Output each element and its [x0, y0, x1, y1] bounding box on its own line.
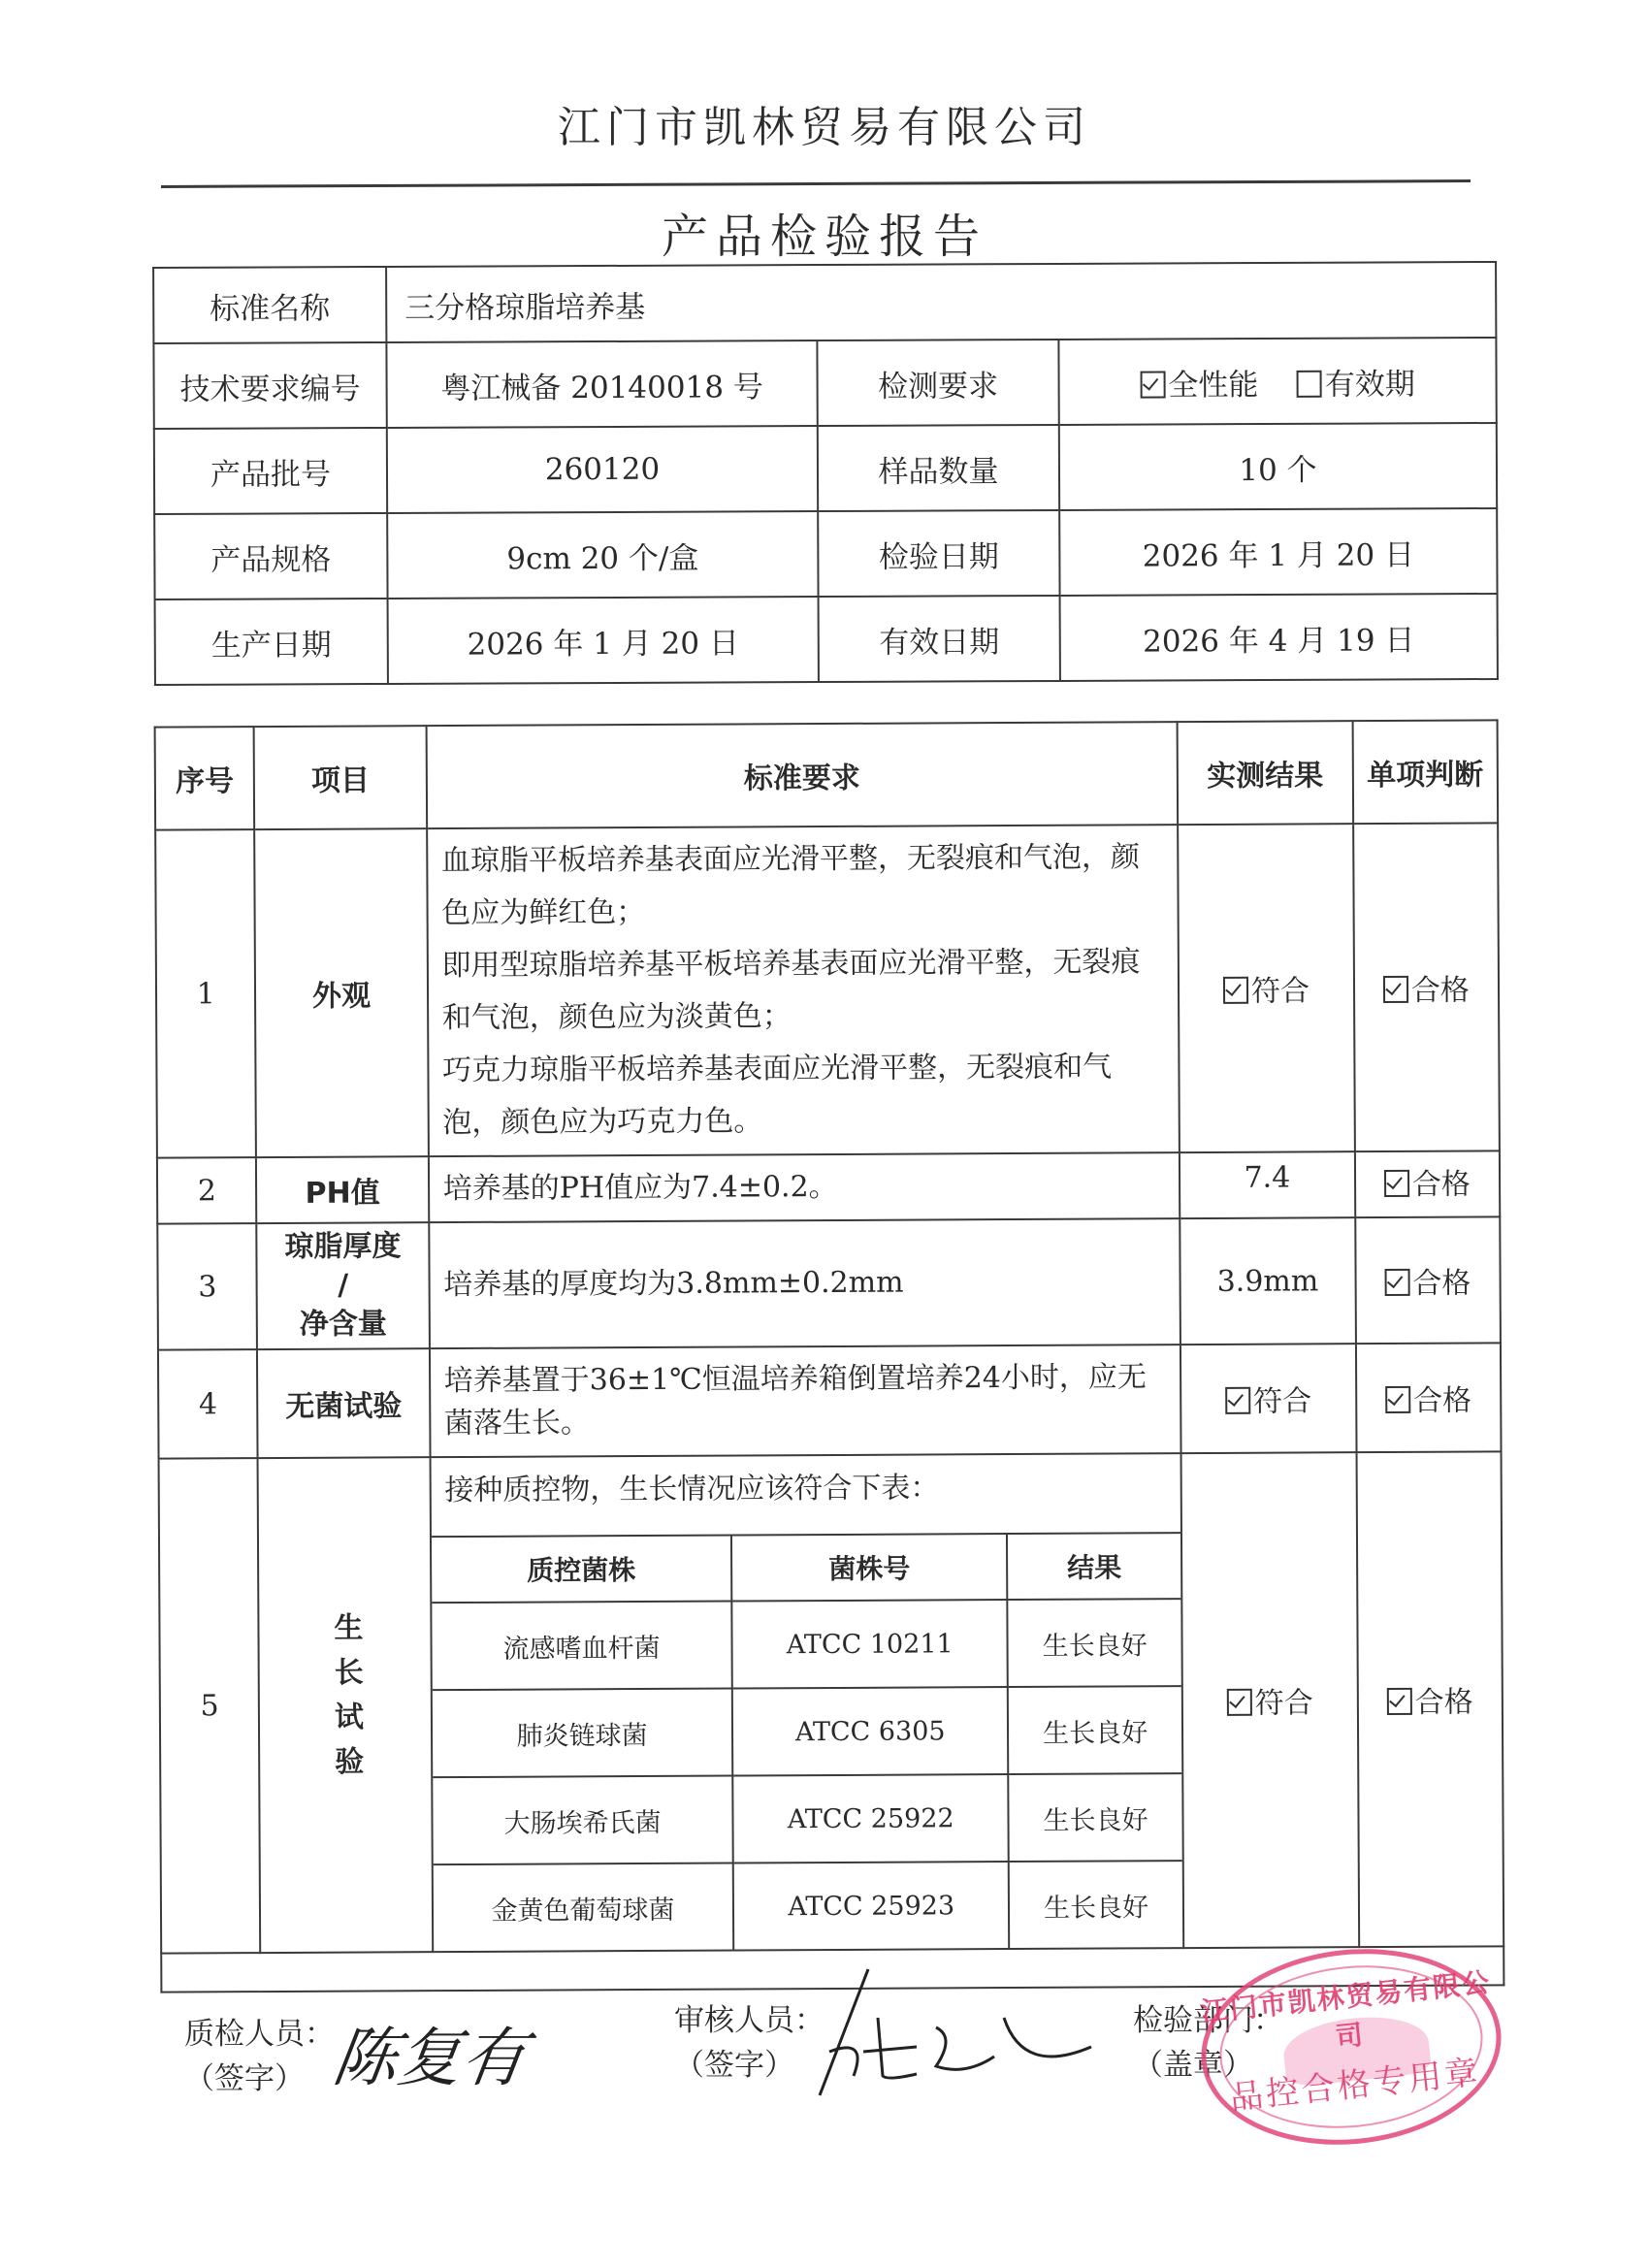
row-seq: 4	[158, 1349, 258, 1459]
batch-value: 260120	[387, 426, 818, 513]
option-validity[interactable]: 有效期	[1297, 367, 1415, 403]
row-seq: 5	[159, 1458, 261, 1954]
row-item: PH值	[256, 1156, 429, 1223]
row-result: 符合	[1180, 1344, 1356, 1453]
table-row: 1 外观 血琼脂平板培养基表面应光滑平整，无裂痕和气泡，颜色应为鲜红色； 即用型…	[155, 823, 1500, 1157]
tech-req-label: 技术要求编号	[153, 342, 386, 429]
row-requirement: 培养基的PH值应为7.4±0.2。	[429, 1152, 1180, 1222]
spec-label: 产品规格	[154, 513, 387, 599]
checkbox-unchecked-icon[interactable]	[1297, 370, 1322, 397]
company-name: 江门市凯林贸易有限公司	[0, 92, 1649, 154]
table-row: 2 PH值 培养基的PH值应为7.4±0.2。 7.4 合格	[157, 1150, 1500, 1223]
row-requirement: 血琼脂平板培养基表面应光滑平整，无裂痕和气泡，颜色应为鲜红色； 即用型琼脂培养基…	[427, 825, 1180, 1156]
row-item: 外观	[255, 828, 429, 1157]
list-item: 大肠埃希氏菌 ATCC 25922 生长良好	[433, 1773, 1182, 1864]
batch-label: 产品批号	[154, 428, 387, 514]
row-item: 生长试验	[258, 1457, 433, 1953]
spec-value: 9cm 20 个/盒	[387, 511, 818, 599]
checkbox-checked-icon[interactable]	[1384, 1269, 1409, 1296]
row-result: 3.9mm	[1180, 1217, 1355, 1345]
sub-header-code: 菌株号	[731, 1535, 1007, 1601]
product-info-table: 标准名称 三分格琼脂培养基 技术要求编号 粤江械备 20140018 号 检测要…	[152, 261, 1499, 686]
checkbox-checked-icon[interactable]	[1387, 1688, 1412, 1715]
row-seq: 2	[157, 1157, 257, 1224]
table-row: 4 无菌试验 培养基置于36±1℃恒温培养箱倒置培养24小时，应无菌落生长。 符…	[158, 1343, 1502, 1458]
sample-qty-value: 10 个	[1059, 423, 1497, 510]
tech-req-value: 粤江械备 20140018 号	[386, 340, 817, 428]
standard-name-label: 标准名称	[153, 267, 386, 343]
list-item: 金黄色葡萄球菌 ATCC 25923 生长良好	[433, 1861, 1182, 1951]
list-item: 流感嗜血杆菌 ATCC 10211 生长良好	[432, 1599, 1181, 1690]
checkbox-checked-icon[interactable]	[1384, 1170, 1409, 1197]
row-requirement: 接种质控物，生长情况应该符合下表： 质控菌株 菌株号 结果 流感嗜血杆菌 ATC…	[430, 1453, 1183, 1952]
table-row: 3 琼脂厚度 / 净含量 培养基的厚度均为3.8mm±0.2mm 3.9mm 合…	[157, 1216, 1501, 1349]
option-full-performance[interactable]: 全性能	[1140, 368, 1258, 404]
row-seq: 1	[155, 829, 256, 1158]
checkbox-checked-icon[interactable]	[1223, 977, 1248, 1004]
row-judgement: 合格	[1356, 1451, 1503, 1947]
sub-header-result: 结果	[1007, 1534, 1180, 1600]
row-judgement: 合格	[1355, 1343, 1501, 1452]
row-judgement: 合格	[1353, 823, 1500, 1151]
prod-date-value: 2026 年 1 月 20 日	[388, 597, 819, 684]
table-header-row: 序号 项目 标准要求 实测结果 单项判断	[155, 720, 1499, 829]
report-title: 产品检验报告	[0, 199, 1649, 266]
reviewer-signature-block: 审核人员： （签字）	[674, 1998, 824, 2088]
inspector-signature-block: 质检人员： （签字）	[184, 2012, 335, 2101]
col-header-item: 项目	[254, 726, 427, 829]
col-header-result: 实测结果	[1178, 721, 1353, 825]
inspect-date-label: 检验日期	[818, 510, 1059, 597]
row-item: 无菌试验	[257, 1348, 430, 1458]
row-judgement: 合格	[1354, 1150, 1500, 1217]
col-header-requirement: 标准要求	[426, 722, 1178, 828]
col-header-judgement: 单项判断	[1352, 720, 1498, 824]
standard-name-value: 三分格琼脂培养基	[386, 262, 1496, 342]
test-req-options: 全性能 有效期	[1058, 338, 1496, 425]
expiry-value: 2026 年 4 月 19 日	[1060, 594, 1498, 681]
row-item: 琼脂厚度 / 净含量	[257, 1222, 430, 1349]
row-requirement: 培养基置于36±1℃恒温培养箱倒置培养24小时，应无菌落生长。	[430, 1345, 1181, 1457]
header-divider	[161, 179, 1471, 188]
test-req-label: 检测要求	[817, 340, 1058, 426]
inspection-table: 序号 项目 标准要求 实测结果 单项判断 1 外观 血琼脂平板培养基表面应光滑平…	[154, 719, 1505, 1993]
table-row: 5 生长试验 接种质控物，生长情况应该符合下表： 质控菌株 菌株号 结果 流感嗜…	[159, 1451, 1504, 1953]
checkbox-checked-icon[interactable]	[1385, 1386, 1410, 1413]
row-result: 符合	[1178, 824, 1354, 1152]
qc-strain-table: 质控菌株 菌株号 结果 流感嗜血杆菌 ATCC 10211 生长良好 肺炎链球菌…	[432, 1534, 1183, 1951]
row-seq: 3	[157, 1223, 257, 1350]
col-header-seq: 序号	[155, 727, 255, 830]
reviewer-signature-icon	[810, 1960, 1101, 2105]
checkbox-checked-icon[interactable]	[1140, 371, 1165, 398]
inspector-signature: 陈复有	[328, 2006, 533, 2098]
expiry-label: 有效日期	[819, 596, 1060, 682]
checkbox-checked-icon[interactable]	[1225, 1387, 1250, 1414]
list-item: 肺炎链球菌 ATCC 6305 生长良好	[432, 1686, 1181, 1777]
checkbox-checked-icon[interactable]	[1227, 1689, 1252, 1716]
sample-qty-label: 样品数量	[818, 425, 1059, 511]
row-judgement: 合格	[1355, 1216, 1501, 1344]
sub-header-strain: 质控菌株	[432, 1537, 732, 1604]
checkbox-checked-icon[interactable]	[1383, 976, 1408, 1003]
row-requirement: 培养基的厚度均为3.8mm±0.2mm	[429, 1218, 1180, 1348]
prod-date-label: 生产日期	[155, 599, 388, 685]
row-result: 符合	[1181, 1452, 1359, 1948]
inspect-date-value: 2026 年 1 月 20 日	[1059, 508, 1497, 596]
row-result: 7.4	[1180, 1151, 1355, 1218]
